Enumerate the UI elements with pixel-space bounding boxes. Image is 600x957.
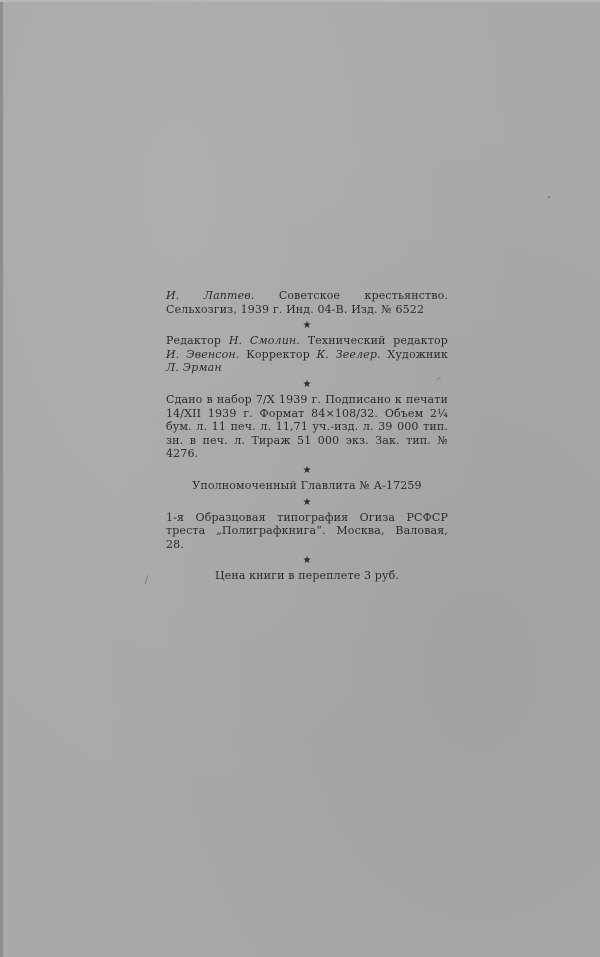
page-edge xyxy=(0,0,3,957)
star-separator: ★ xyxy=(166,318,448,333)
imprint-block: И. Лаптев. Советское крестьянство. Сельх… xyxy=(166,289,448,583)
tech-editor-label: Технический редактор xyxy=(308,334,448,347)
star-separator: ★ xyxy=(166,495,448,510)
price-entry: Цена книги в переплете 3 руб. xyxy=(166,569,448,583)
censor-entry: Уполномоченный Главлита № А-17259 xyxy=(166,479,448,493)
tech-editor-name: И. Эвенсон. xyxy=(166,348,239,361)
author-name: И. Лаптев. xyxy=(166,289,254,302)
proofreader-label: Корректор xyxy=(246,348,310,361)
star-separator: ★ xyxy=(166,553,448,568)
printer-entry: 1-я Образцовая типография Огиза РСФСР тр… xyxy=(166,511,448,552)
printer-text: 1-я Образцовая типография Огиза РСФСР тр… xyxy=(166,511,448,552)
bibliographic-entry: И. Лаптев. Советское крестьянство. Сельх… xyxy=(166,289,448,316)
artist-name: Л. Эрман xyxy=(166,361,222,374)
page-edge-top xyxy=(0,0,600,2)
book-page: И. Лаптев. Советское крестьянство. Сельх… xyxy=(0,0,600,957)
editors-entry: Редактор Н. Смолин. Технический редактор… xyxy=(166,334,448,375)
production-text: Сдано в набор 7/X 1939 г. Подписано к пе… xyxy=(166,393,448,461)
production-details: Сдано в набор 7/X 1939 г. Подписано к пе… xyxy=(166,393,448,461)
artist-label: Художник xyxy=(387,348,448,361)
paper-speck xyxy=(145,575,148,584)
star-separator: ★ xyxy=(166,463,448,478)
editor-name: Н. Смолин. xyxy=(229,334,300,347)
star-separator: ★ xyxy=(166,377,448,392)
proofreader-name: К. Зеелер. xyxy=(317,348,381,361)
editor-label: Редактор xyxy=(166,334,221,347)
paper-speck xyxy=(548,196,550,198)
